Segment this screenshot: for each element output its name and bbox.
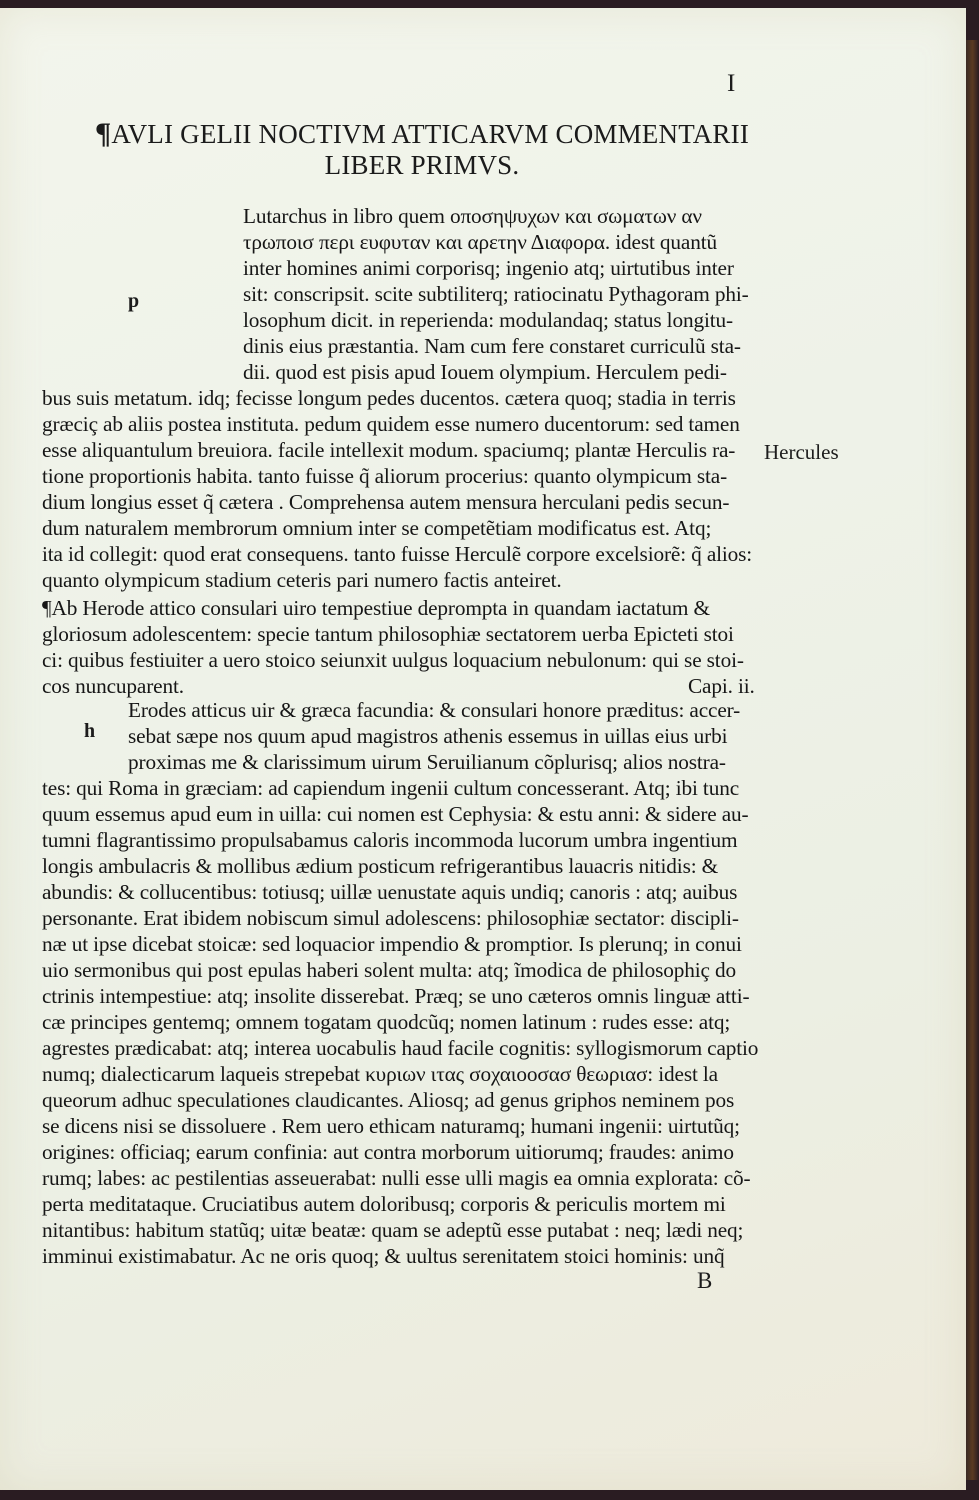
text-line: agrestes prædicabat: atq; interea uocabu… [42, 1035, 758, 1061]
text-line: τρωποισ περι ευφυταν και αρετην Διαφορα.… [243, 229, 717, 255]
text-line: sebat sæpe nos quum apud magistros athen… [128, 723, 727, 749]
pilcrow-icon: ¶ [95, 117, 111, 150]
text-line: numq; dialecticarum laqueis strepebat κυ… [42, 1061, 718, 1087]
text-line: bus suis metatum. idq; fecisse longum pe… [42, 385, 736, 411]
text-line: nitantibus: habitum statũq; uitæ beatæ: … [42, 1217, 743, 1243]
text-line: losophum dicit. in reperienda: modulanda… [243, 307, 733, 333]
text-line: ci: quibus festiuiter a uero stoico seiu… [42, 647, 744, 673]
text-line: ¶Ab Herode attico consulari uiro tempest… [42, 595, 710, 621]
text-line: proximas me & clarissimum uirum Seruilia… [128, 749, 726, 775]
chapter-label: Capi. ii. [688, 673, 755, 699]
text-line: cæ principes gentemq; omnem togatam quod… [42, 1009, 730, 1035]
text-line: tione proportionis habita. tanto fuisse … [42, 463, 727, 489]
text-line: gloriosum adolescentem: specie tantum ph… [42, 621, 734, 647]
text-line: ita id collegit: quod erat consequens. t… [42, 541, 752, 567]
text-line: queorum adhuc speculationes claudicantes… [42, 1087, 734, 1113]
text-line: dum naturalem membrorum omnium inter se … [42, 515, 711, 541]
text-line: perta meditataque. Cruciatibus autem dol… [42, 1191, 726, 1217]
text-line: quanto olympicum stadium ceteris pari nu… [42, 567, 562, 593]
text-line: uio sermonibus qui post epulas haberi so… [42, 957, 736, 983]
text-line: dium longius esset q̃ cætera . Comprehen… [42, 489, 729, 515]
text-line: næ ut ipse dicebat stoicæ: sed loquacior… [42, 931, 742, 957]
text-line: imminui existimabatur. Ac ne oris quoq; … [42, 1243, 724, 1269]
text-line: se dicens nisi se dissoluere . Rem uero … [42, 1113, 740, 1139]
text-line: esse aliquantulum breuiora. facile intel… [42, 437, 735, 463]
signature-mark: B [697, 1268, 712, 1294]
margin-note: Hercules [764, 440, 839, 465]
text-line: Lutarchus in libro quem οποσηψυχων και σ… [243, 203, 702, 229]
text-line: tumni flagrantissimo propulsabamus calor… [42, 827, 737, 853]
page-title: ¶AVLI GELII NOCTIVM ATTICARVM COMMENTARI… [62, 118, 782, 181]
text-line: cos nuncuparent. [42, 673, 184, 699]
text-line: quum essemus apud eum in uilla: cui nome… [42, 801, 749, 827]
title-line-2: LIBER PRIMVS. [62, 150, 782, 181]
text-line: abundis: & collucentibus: totiusq; uillæ… [42, 879, 737, 905]
text-line: rumq; labes: ac pestilentias asseuerabat… [42, 1165, 750, 1191]
guide-letter-h: h [84, 720, 95, 743]
text-line: dinis eius præstantia. Nam cum fere cons… [243, 333, 741, 359]
text-line: dii. quod est pisis apud Iouem olympium.… [243, 359, 727, 385]
text-line: ctrinis intempestiue: atq; insolite diss… [42, 983, 749, 1009]
guide-letter-p: p [128, 290, 139, 313]
folio-number: I [727, 70, 735, 98]
book-edge [966, 40, 979, 1480]
text-line: sit: conscripsit. scite subtiliterq; rat… [243, 281, 749, 307]
text-line: origines: officiaq; earum confinia: aut … [42, 1139, 734, 1165]
text-line: græciç ab aliis postea instituta. pedum … [42, 411, 740, 437]
text-line: longis ambulacris & mollibus ædium posti… [42, 853, 718, 879]
text-line: Erodes atticus uir & græca facundia: & c… [128, 697, 740, 723]
text-line: tes: qui Roma in græciam: ad capiendum i… [42, 775, 739, 801]
text-line: personante. Erat ibidem nobiscum simul a… [42, 905, 739, 931]
title-line-1: ¶AVLI GELII NOCTIVM ATTICARVM COMMENTARI… [62, 118, 782, 150]
text-line: inter homines animi corporisq; ingenio a… [243, 255, 734, 281]
